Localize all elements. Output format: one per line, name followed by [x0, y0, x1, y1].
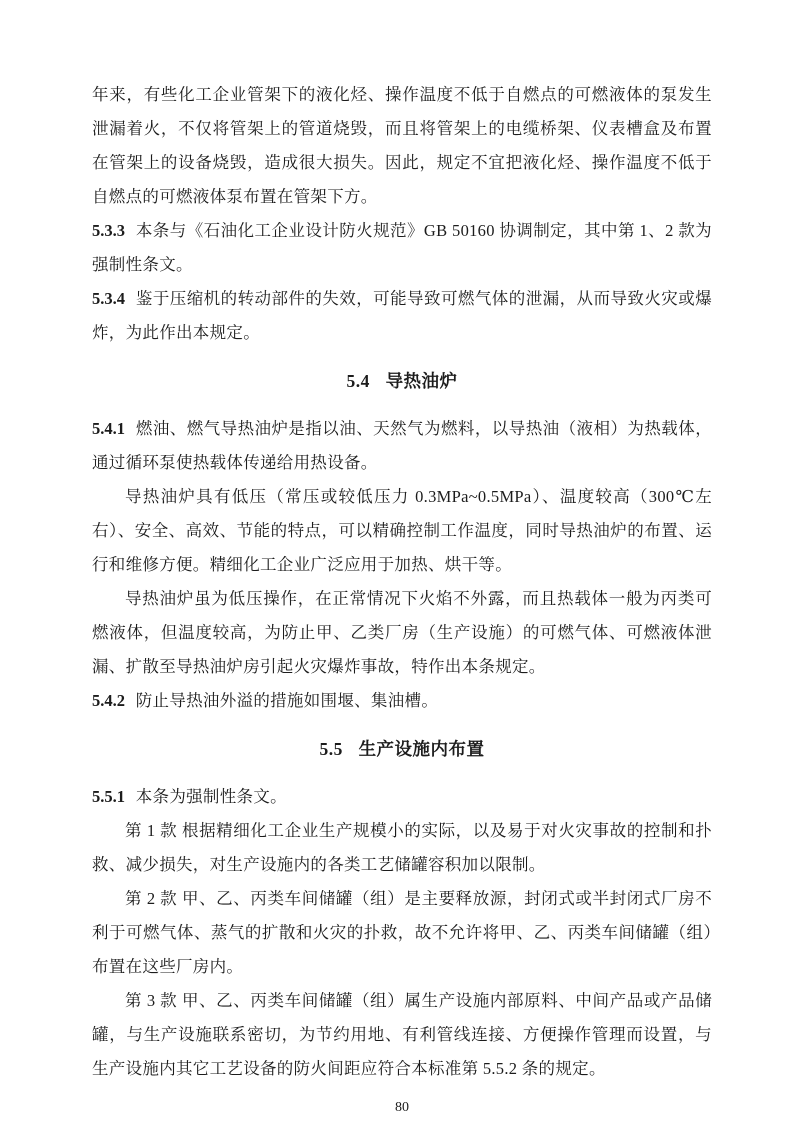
section-heading-5-5: 5.5生产设施内布置	[92, 732, 712, 766]
clause-5-3-4: 5.3.4鉴于压缩机的转动部件的失效，可能导致可燃气体的泄漏，从而导致火灾或爆炸…	[92, 282, 712, 350]
clause-5-5-1-number: 5.5.1	[92, 787, 125, 806]
clause-5-3-4-text: 鉴于压缩机的转动部件的失效，可能导致可燃气体的泄漏，从而导致火灾或爆炸，为此作出…	[92, 289, 712, 342]
page-number: 80	[92, 1098, 712, 1118]
paragraph-5-5-1-item1: 第 1 款 根据精细化工企业生产规模小的实际，以及易于对火灾事故的控制和扑救、减…	[92, 814, 712, 882]
section-heading-5-4: 5.4导热油炉	[92, 364, 712, 398]
section-5-4-title: 导热油炉	[386, 371, 458, 391]
clause-5-4-2: 5.4.2防止导热油外溢的措施如围堰、集油槽。	[92, 684, 712, 718]
clause-5-3-3: 5.3.3本条与《石油化工企业设计防火规范》GB 50160 协调制定，其中第 …	[92, 214, 712, 282]
clause-5-4-2-number: 5.4.2	[92, 691, 125, 710]
clause-5-4-1: 5.4.1燃油、燃气导热油炉是指以油、天然气为燃料，以导热油（液相）为热载体，通…	[92, 412, 712, 480]
document-page: 年来，有些化工企业管架下的液化烃、操作温度不低于自燃点的可燃液体的泵发生泄漏着火…	[92, 78, 712, 1118]
clause-5-3-3-number: 5.3.3	[92, 221, 125, 240]
clause-5-3-3-text: 本条与《石油化工企业设计防火规范》GB 50160 协调制定，其中第 1、2 款…	[92, 221, 712, 274]
paragraph-5-5-1-item2: 第 2 款 甲、乙、丙类车间储罐（组）是主要释放源，封闭式或半封闭式厂房不利于可…	[92, 882, 712, 984]
clause-5-4-1-text: 燃油、燃气导热油炉是指以油、天然气为燃料，以导热油（液相）为热载体，通过循环泵使…	[92, 419, 712, 472]
clause-5-4-2-text: 防止导热油外溢的措施如围堰、集油槽。	[136, 691, 438, 710]
clause-5-5-1: 5.5.1本条为强制性条文。	[92, 780, 712, 814]
section-5-4-number: 5.4	[346, 371, 369, 391]
clause-5-3-4-number: 5.3.4	[92, 289, 125, 308]
section-5-5-title: 生产设施内布置	[359, 739, 485, 759]
intro-paragraph: 年来，有些化工企业管架下的液化烃、操作温度不低于自燃点的可燃液体的泵发生泄漏着火…	[92, 78, 712, 214]
section-5-5-number: 5.5	[319, 739, 342, 759]
paragraph-5-4-1-a: 导热油炉具有低压（常压或较低压力 0.3MPa~0.5MPa）、温度较高（300…	[92, 480, 712, 582]
clause-5-5-1-text: 本条为强制性条文。	[136, 787, 287, 806]
paragraph-5-4-1-b: 导热油炉虽为低压操作，在正常情况下火焰不外露，而且热载体一般为丙类可燃液体，但温…	[92, 582, 712, 684]
document-body: 年来，有些化工企业管架下的液化烃、操作温度不低于自燃点的可燃液体的泵发生泄漏着火…	[92, 78, 712, 1086]
clause-5-4-1-number: 5.4.1	[92, 419, 125, 438]
paragraph-5-5-1-item3: 第 3 款 甲、乙、丙类车间储罐（组）属生产设施内部原料、中间产品或产品储罐，与…	[92, 984, 712, 1086]
